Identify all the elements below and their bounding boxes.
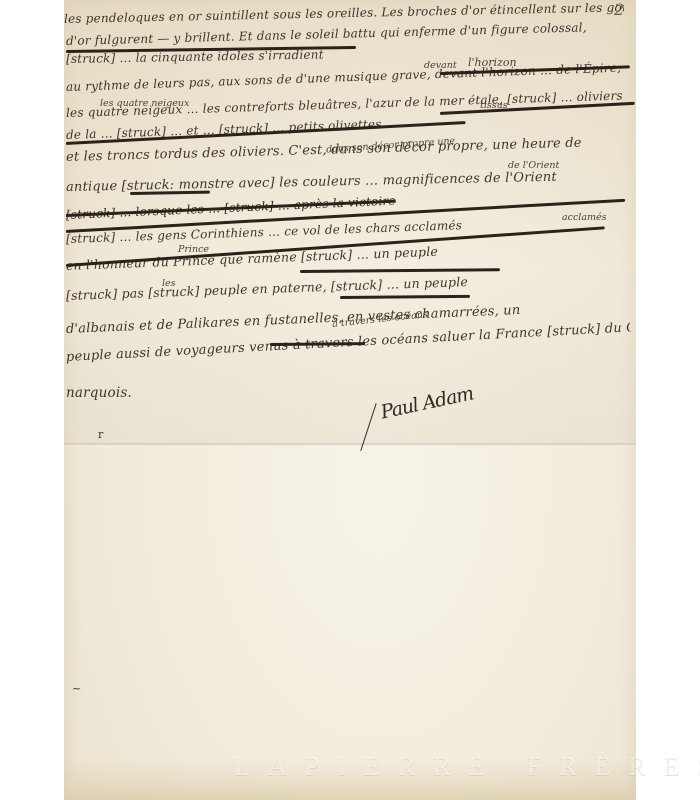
insert-de-lorient: de l'Orient [508,160,559,171]
stray-ink-mark: r [98,428,103,441]
fold-line [64,443,636,447]
stray-ink-mark: ~ [72,682,81,695]
insert-les: les [162,278,176,289]
embossed-watermark: LAPIERRE FRÈRES [234,752,634,782]
manuscript-line-15: narquois. [66,385,132,401]
insert-acclames: acclamés [562,212,607,223]
insert-horizon: l'horizon [468,56,517,69]
insert-devant: devant [424,60,457,71]
insert-quatre-neigeux: les quatre neigeux [100,98,189,109]
